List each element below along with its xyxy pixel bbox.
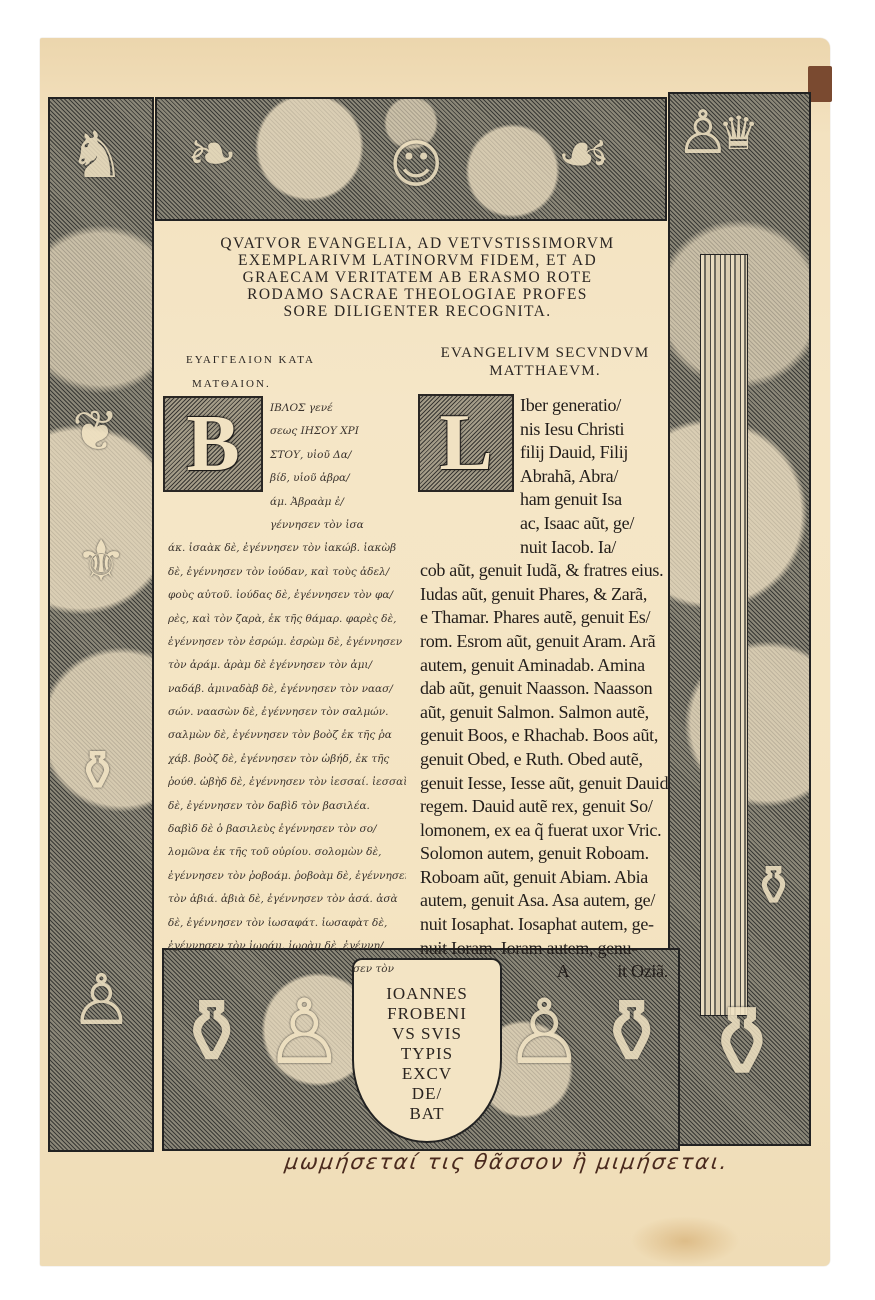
cherub-head-icon: ☺	[389, 135, 443, 195]
text-line: lomonem, ex ea q̃ fuerat uxor Vric.	[420, 819, 670, 843]
title-line: GRAECAM VERITATEM AB ERASMO ROTE	[165, 269, 670, 286]
printer-device-line: VS SVIS	[392, 1024, 462, 1044]
text-line: genuit Obed, e Ruth. Obed autẽ,	[420, 748, 670, 772]
putto-figure-icon: ♙	[264, 980, 345, 1085]
foliage-ornament-icon: ❧	[187, 119, 237, 189]
text-line: σών. ναασὼν δὲ, ἐγέννησεν τὸν σαλμών.	[168, 701, 406, 724]
capital-ornament-icon: ♛	[718, 106, 759, 160]
text-line: σεν τὸν	[168, 958, 406, 981]
text-line: γέννησεν τὸν ἰσα	[168, 514, 406, 537]
text-line: regem. Dauid autẽ rex, genuit So/	[420, 795, 670, 819]
text-line: e Thamar. Phares autẽ, genuit Es/	[420, 606, 670, 630]
text-line: ac, Isaac aũt, ge/	[420, 512, 670, 536]
text-line: autem, genuit Asa. Asa autem, ge/	[420, 889, 670, 913]
handwritten-annotation: μωμήσεταί τις θᾶσσον ἢ μιμήσεται.	[283, 1150, 730, 1174]
text-line: λομῶνα ἐκ τῆς τοῦ οὐρίου. σολομὼν δὲ,	[168, 841, 406, 864]
text-line: δαβὶδ δὲ ὁ βασιλεὺς ἐγέννησεν τὸν σο/	[168, 818, 406, 841]
text-line-last: Ait Oziã.	[420, 960, 670, 984]
printer-device-line: DE/	[412, 1084, 442, 1104]
text-line: genuit Iesse, Iesse aũt, genuit Dauid	[420, 772, 670, 796]
text-line: σαλμὼν δὲ, ἐγέννησεν τὸν βοὸζ ἐκ τῆς ῥα	[168, 724, 406, 747]
text-line: Solomon autem, genuit Roboam.	[420, 842, 670, 866]
latin-heading-line: EVANGELIVM SECVNDVM	[420, 344, 670, 362]
greek-column-heading: ΕΥΑΓΓΕΛΙΟΝ ΚΑΤΑ ΜΑΤΘΑΙΟΝ.	[186, 348, 315, 396]
title-line: SORE DILIGENTER RECOGNITA.	[165, 303, 670, 320]
text-line: Roboam aũt, genuit Abiam. Abia	[420, 866, 670, 890]
text-line: ἐγέννησεν τὸν ῥοβοάμ. ῥοβοὰμ δὲ, ἐγέννησ…	[168, 865, 406, 888]
urn-ornament-icon: ⚱	[174, 980, 249, 1085]
text-line: aũt, genuit Salmon. Salmon autẽ,	[420, 701, 670, 725]
text-line: δὲ, ἐγέννησεν τὸν δαβὶδ τὸν βασιλέα.	[168, 795, 406, 818]
text-line: τὸν ἀράμ. ἀρὰμ δὲ ἐγέννησεν τὸν ἀμι/	[168, 654, 406, 677]
text-line: δὲ, ἐγέννησεν τὸν ἰωσαφάτ. ἰωσαφὰτ δὲ,	[168, 912, 406, 935]
printer-device-line: TYPIS	[401, 1044, 453, 1064]
initial-letter: B	[186, 399, 239, 490]
foliage-ornament-icon: ☙	[557, 119, 611, 189]
text-line: nuit Iacob. Ia/	[420, 536, 670, 560]
decorated-initial-greek: B	[163, 396, 263, 492]
text-line: rom. Esrom aũt, genuit Aram. Arã	[420, 630, 670, 654]
printer-device-shield: IOANNES FROBENI VS SVIS TYPIS EXCV DE/ B…	[352, 958, 502, 1143]
greek-heading-line: ΜΑΤΘΑΙΟΝ.	[186, 372, 315, 396]
latin-column-heading: EVANGELIVM SECVNDVM MATTHAEVM.	[420, 344, 670, 380]
page-title: QVATVOR EVANGELIA, AD VETVSTISSIMORVM EX…	[165, 235, 670, 320]
title-line: QVATVOR EVANGELIA, AD VETVSTISSIMORVM	[165, 235, 670, 252]
top-woodcut-panel: ❧ ☺ ☙	[155, 97, 667, 221]
left-woodcut-border: ♞ ❦ ⚜ ⚱ ♙	[48, 97, 154, 1152]
text-line: χάβ. βοὸζ δὲ, ἐγέννησεν τὸν ὠβήδ, ἐκ τῆς	[168, 748, 406, 771]
signature-mark: A	[557, 961, 618, 981]
title-line: RODAMO SACRAE THEOLOGIAE PROFES	[165, 286, 670, 303]
text-line: nuit Ioram. Ioram autem, genu-	[420, 937, 670, 961]
latin-heading-line: MATTHAEVM.	[420, 362, 670, 380]
vase-ornament-icon: ⚱	[750, 854, 797, 919]
text-line: άμ. Ἀβραὰμ ἐ/	[168, 491, 406, 514]
printer-device-line: IOANNES	[386, 984, 468, 1004]
last-line-text: it Oziã.	[617, 961, 668, 981]
title-line: EXEMPLARIVM LATINORVM FIDEM, ET AD	[165, 252, 670, 269]
right-woodcut-border: ♙ ♛ ⚱ ⚱	[668, 92, 811, 1146]
text-line: cob aũt, genuit Iudã, & fratres eius.	[420, 559, 670, 583]
text-line: ῥούθ. ὠβὴδ δὲ, ἐγέννησεν τὸν ἰεσσαί. ἰεσ…	[168, 771, 406, 794]
text-line: dab aũt, genuit Naasson. Naasson	[420, 677, 670, 701]
text-line: ἐγέννησεν τὸν ἰωράμ. ἰωρὰμ δὲ, ἐγέννη/	[168, 935, 406, 958]
urn-ornament-icon: ⚱	[594, 980, 669, 1085]
initial-letter: L	[439, 398, 492, 489]
text-line: Iudas aũt, genuit Phares, & Zarã,	[420, 583, 670, 607]
text-line: φοὺς αὐτοῦ. ἰούδας δὲ, ἐγέννησεν τὸν φα/	[168, 584, 406, 607]
putto-figure-icon: ♙	[504, 980, 585, 1085]
text-line: nuit Iosaphat. Iosaphat autem, ge-	[420, 913, 670, 937]
text-line: τὸν ἀβιά. ἀβιὰ δὲ, ἐγέννησεν τὸν ἀσά. ἀσ…	[168, 888, 406, 911]
text-line: ἐγέννησεν τὸν ἐσρώμ. ἐσρὼμ δὲ, ἐγέννησεν	[168, 631, 406, 654]
printer-device-line: FROBENI	[387, 1004, 467, 1024]
text-line: genuit Boos, e Rhachab. Boos aũt,	[420, 724, 670, 748]
text-line: autem, genuit Aminadab. Amina	[420, 654, 670, 678]
text-line: ναδάβ. ἀμιναδὰβ δὲ, ἐγέννησεν τὸν ναασ/	[168, 678, 406, 701]
text-line: δὲ, ἐγέννησεν τὸν ἰούδαν, καὶ τοὺς ἀδελ/	[168, 561, 406, 584]
scroll-ornament-icon: ❦	[72, 399, 119, 464]
text-line: ρὲς, καὶ τὸν ζαρὰ, ἐκ τῆς θάμαρ. φαρὲς δ…	[168, 608, 406, 631]
printer-device-line: EXCV	[402, 1064, 452, 1084]
urn-ornament-icon: ⚱	[700, 984, 784, 1101]
putto-figure-icon: ♙	[70, 959, 133, 1041]
fleur-ornament-icon: ⚜	[76, 529, 126, 594]
page-tab-marker	[808, 66, 832, 102]
decorated-initial-latin: L	[418, 394, 514, 492]
satyr-figure-icon: ♞	[68, 119, 125, 193]
printer-device-line: BAT	[409, 1104, 444, 1124]
column-shaft	[700, 254, 748, 1016]
text-line: άκ. ἰσαὰκ δὲ, ἐγέννησεν τὸν ἰακώβ. ἰακὼβ	[168, 537, 406, 560]
vase-ornament-icon: ⚱	[74, 739, 121, 804]
greek-heading-line: ΕΥΑΓΓΕΛΙΟΝ ΚΑΤΑ	[186, 348, 315, 372]
